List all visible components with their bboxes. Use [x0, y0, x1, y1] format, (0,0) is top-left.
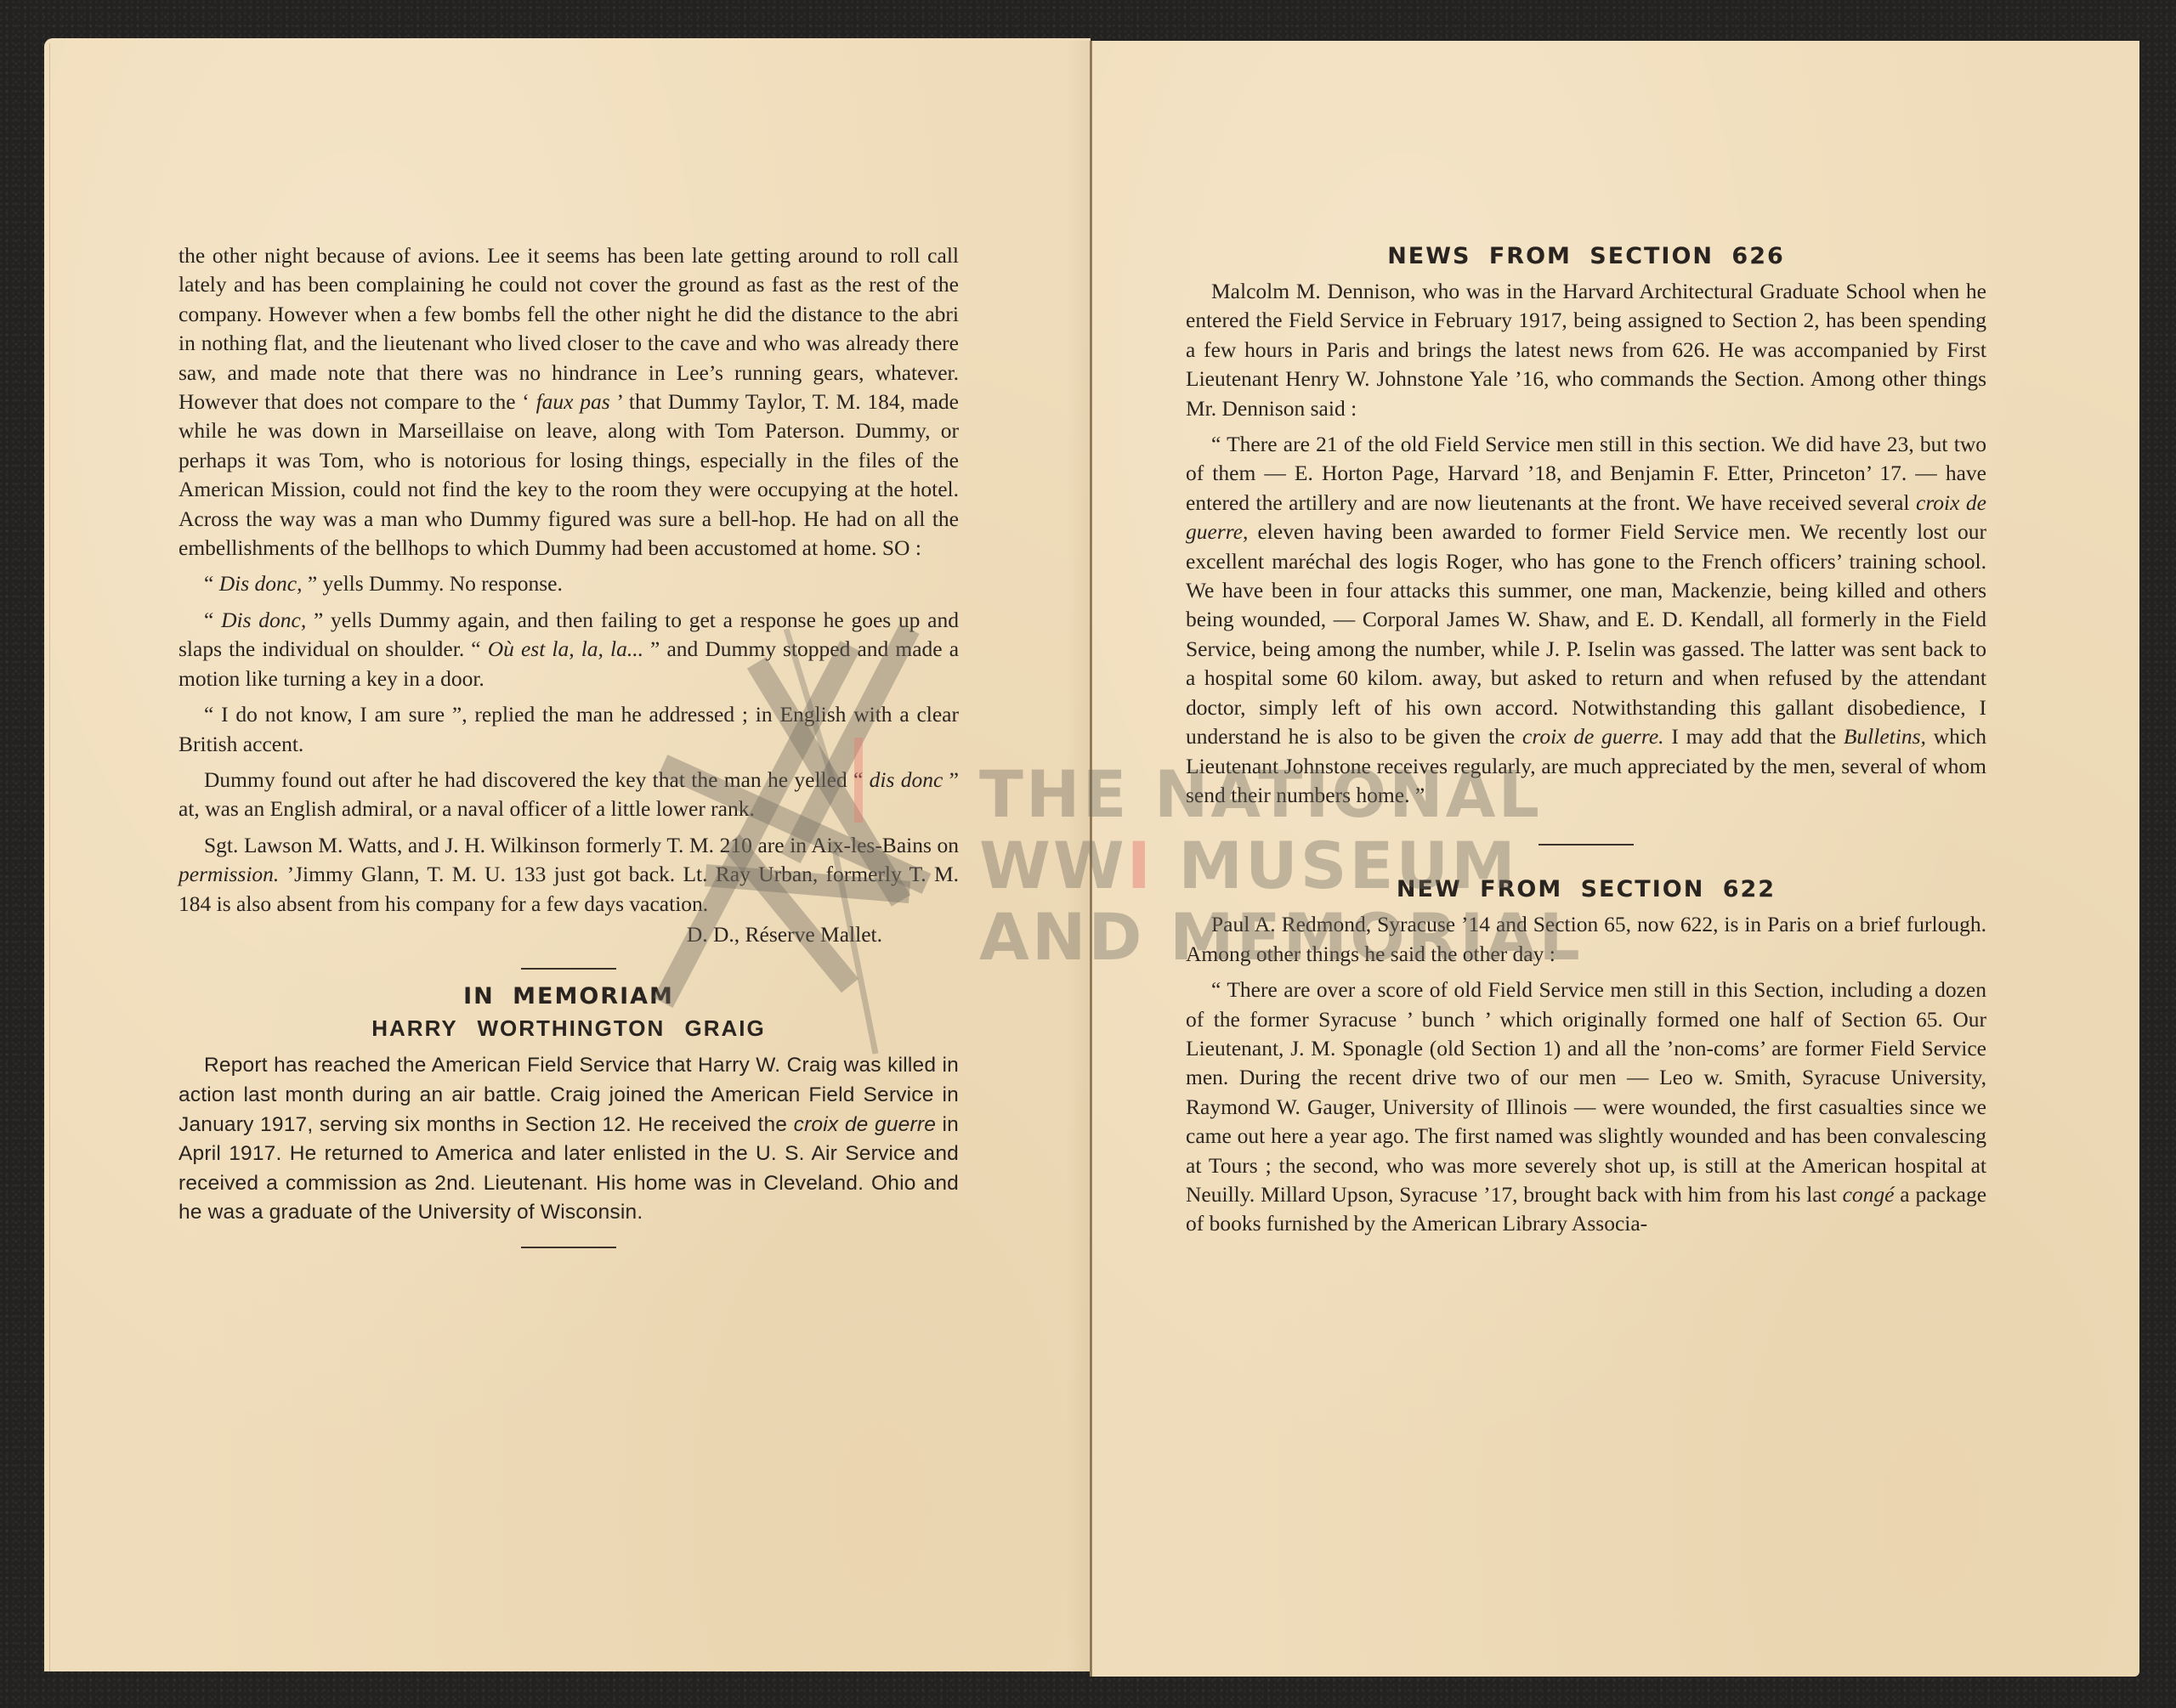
watermark-line-1: THE NATIONAL [979, 759, 1583, 830]
memoriam-body: Report has reached the American Field Se… [178, 1051, 959, 1228]
text-run: Sgt. Lawson M. Watts, and J. H. Wilkinso… [204, 833, 959, 857]
italic-text: Où est la, la, la... [488, 636, 643, 661]
watermark-line-3: AND MEMORIAL [979, 902, 1583, 973]
text-run: Malcolm M. Dennison, who was in the Harv… [1186, 279, 1986, 421]
memoriam-heading: IN MEMORIAM [178, 981, 959, 1012]
italic-text: Dis donc, [221, 608, 306, 632]
text-run: the other night because of avions. Lee i… [178, 243, 959, 414]
italic-text: permission. [178, 862, 279, 886]
paragraph: Dummy found out after he had discovered … [178, 766, 959, 824]
paragraph: “ There are over a score of old Field Se… [1186, 976, 1986, 1239]
text-run: “ There are 21 of the old Field Service … [1186, 432, 1986, 515]
text-run: “ There are over a score of old Field Se… [1186, 977, 1986, 1207]
italic-text: croix de guerre [794, 1113, 936, 1136]
italic-text: Dis donc, [219, 571, 303, 596]
text-run: “ [204, 608, 221, 632]
left-column: the other night because of avions. Lee i… [178, 241, 959, 1248]
text-run: Dummy found out after he had discovered … [204, 767, 870, 792]
italic-text: Bulletins, [1844, 724, 1926, 749]
text-run: I may add that the [1664, 724, 1844, 749]
italic-text: croix de guerre. [1522, 724, 1664, 749]
section-divider [521, 1247, 616, 1248]
right-column: NEWS FROM SECTION 626 Malcolm M. Denniso… [1186, 241, 1986, 1239]
watermark-line-2: WWI MUSEUM [979, 830, 1583, 902]
memoriam-paragraph: Report has reached the American Field Se… [178, 1051, 959, 1228]
museum-name-watermark: THE NATIONAL WWI MUSEUM AND MEMORIAL [979, 759, 1583, 973]
paragraph: Malcolm M. Dennison, who was in the Harv… [1186, 277, 1986, 423]
paragraph: the other night because of avions. Lee i… [178, 241, 959, 563]
continued-article: the other night because of avions. Lee i… [178, 241, 959, 919]
section-626-heading: NEWS FROM SECTION 626 [1186, 241, 1986, 272]
paragraph: “ There are 21 of the old Field Service … [1186, 430, 1986, 810]
text-run: eleven having been awarded to former Fie… [1186, 519, 1986, 749]
italic-text: congé [1843, 1182, 1895, 1207]
text-run: ’Jimmy Glann, T. M. U. 133 just got back… [178, 862, 959, 915]
memoriam-subheading: HARRY WORTHINGTON GRAIG [178, 1014, 959, 1043]
text-run: “ [204, 571, 219, 596]
text-run: ” yells Dummy. No response. [302, 571, 562, 596]
paragraph: “ Dis donc, ” yells Dummy again, and the… [178, 606, 959, 693]
text-run: ’ that Dummy Taylor, T. M. 184, made whi… [178, 389, 959, 560]
paragraph: Sgt. Lawson M. Watts, and J. H. Wilkinso… [178, 831, 959, 919]
italic-text: dis donc [870, 767, 943, 792]
text-run: “ I do not know, I am sure ”, replied th… [178, 702, 959, 755]
italic-text: faux pas [536, 389, 610, 414]
paragraph: “ I do not know, I am sure ”, replied th… [178, 700, 959, 759]
watermark-accent: I [1127, 828, 1153, 903]
paragraph: “ Dis donc, ” yells Dummy. No response. [178, 569, 959, 598]
section-626-article: Malcolm M. Dennison, who was in the Harv… [1186, 277, 1986, 810]
article-signature: D. D., Réserve Mallet. [178, 920, 959, 949]
